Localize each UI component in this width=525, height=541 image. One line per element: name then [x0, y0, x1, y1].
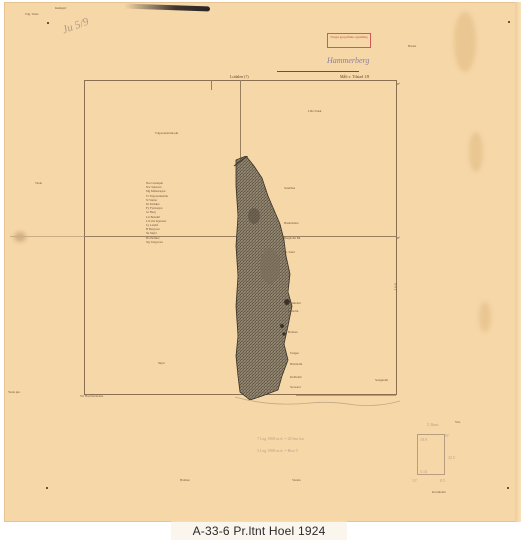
- coast-label: Storsand: [290, 385, 301, 389]
- coast-label: Tangen: [290, 351, 299, 355]
- coast-label: Holmen: [288, 330, 298, 334]
- place-label: Skjær: [158, 361, 165, 365]
- inset-label: 32.5: [448, 455, 455, 460]
- pencil-boundary-curve: [230, 395, 410, 420]
- grid-tick: [211, 80, 212, 90]
- sheet-title-label: A-33-6 Pr.ltnt Hoel 1924 1:25000: [171, 521, 347, 540]
- paper-stain: [454, 12, 476, 72]
- coast-label: Brattholm: [290, 362, 302, 366]
- place-label: Rødskjær: [55, 6, 67, 10]
- place-label: Hornet: [408, 44, 416, 48]
- coast-label: Kr. Sund: [284, 250, 295, 254]
- place-label: Lille Stokk: [308, 109, 321, 113]
- place-label: Varde: [35, 181, 42, 185]
- inset-label: 18.9: [420, 437, 427, 442]
- inset-label: 5.14: [420, 469, 427, 474]
- sheet-edge: [515, 2, 521, 522]
- survey-point: [47, 22, 49, 24]
- survey-point: [46, 487, 48, 489]
- legend-item: Stg Tangsvara: [146, 240, 168, 244]
- side-label-right: B A E: [394, 283, 398, 290]
- frame-top-right-label: Målt v. Tilstad 1/8: [340, 74, 369, 79]
- place-label: Stangholm: [375, 378, 388, 382]
- paper-stain: [14, 232, 26, 242]
- grid-line-extension: [10, 236, 84, 237]
- place-label: Trig. Varde: [25, 12, 39, 16]
- place-label: Varden: [292, 478, 301, 482]
- inset-label: 15°: [412, 478, 418, 483]
- coast-label: Bergholm Bk: [284, 236, 300, 240]
- paper-stain: [469, 132, 483, 172]
- place-label: Varde pkt.: [8, 390, 20, 394]
- survey-point: [507, 487, 509, 489]
- pencil-note: 5 Leg 1908 m.d. = Beat 5: [257, 448, 298, 453]
- frame-top-left-label: Lodalen (?): [230, 74, 249, 79]
- inset-label: 5.3kms: [427, 422, 439, 427]
- survey-point: [508, 21, 510, 23]
- archive-stamp: Norges geografiske oppmåling: [327, 33, 371, 48]
- inset-label: 25°: [444, 433, 450, 438]
- surveyed-terrain-strip: [232, 156, 294, 400]
- paper-stain: [479, 302, 491, 332]
- stamp-text: Norges geografiske oppmåling: [331, 35, 368, 39]
- signature: Hammerberg: [327, 56, 369, 65]
- place-label: Ytre: [455, 420, 460, 424]
- coast-label: Haslholmen: [284, 221, 299, 225]
- bottom-left-label: Y.0 Hoel Kristiania: [80, 394, 103, 398]
- scale-bar: [277, 71, 359, 72]
- inset-label: 8.5: [440, 478, 445, 483]
- coast-label: Stensholm: [288, 301, 301, 305]
- coast-label: Sandvika: [284, 186, 295, 190]
- coast-label: Fyrholm: [288, 309, 298, 313]
- coast-label: Kvitholm: [290, 375, 302, 379]
- place-label: Kvernholm: [432, 490, 446, 494]
- legend-item: Mg Målestasjon: [146, 189, 168, 193]
- pencil-note: 7 Leg 1908 m.d. = 28 hm lon: [257, 436, 304, 441]
- place-label: Holmen: [180, 478, 190, 482]
- place-label: Trigonometrisk pkt.: [155, 131, 179, 135]
- legend: Nes Grunnpkt Nor Sektorer Mg Målestasjon…: [146, 181, 168, 244]
